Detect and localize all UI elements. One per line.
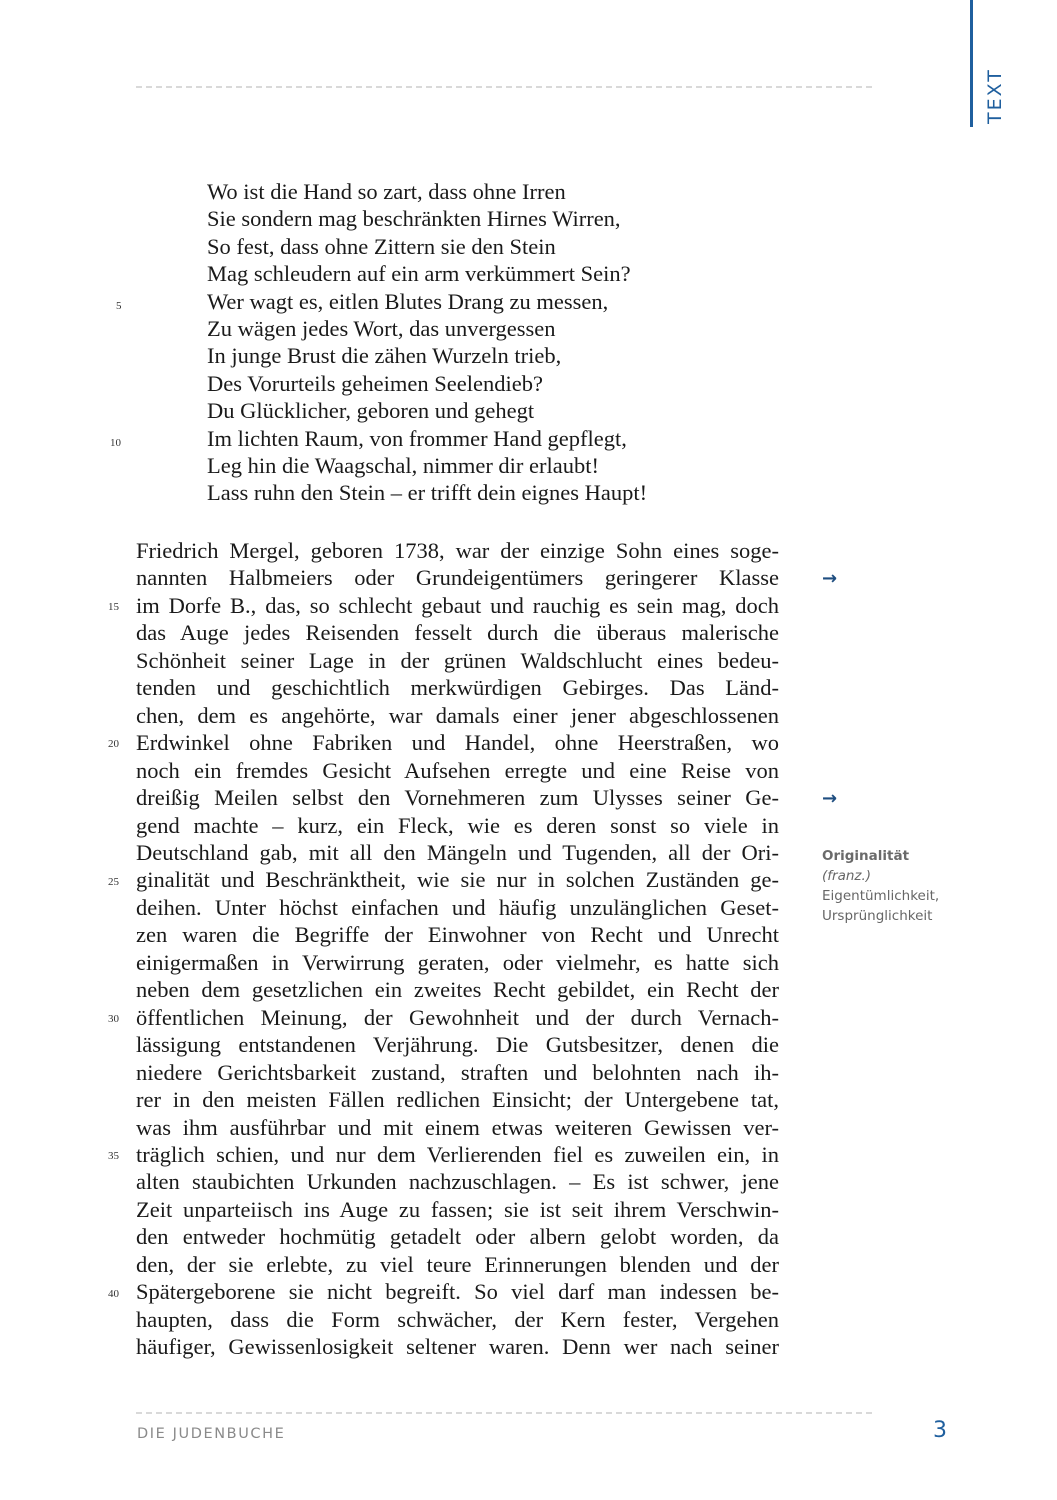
margin-gloss: Originalität (franz.) Eigentümlichkeit, … [822,846,939,926]
prose-line: tenden und geschichtlich merkwürdigen Ge… [136,674,779,701]
prose-line: ginalität und Beschränktheit, wie sie nu… [136,866,779,893]
line-number: 15 [108,601,128,613]
line-number: 30 [108,1013,128,1025]
gloss-language: (franz.) [822,866,939,886]
prose-line: häufiger, Gewissenlosigkeit seltener war… [136,1333,779,1360]
gloss-definition: Eigentümlichkeit, [822,886,939,906]
prose-line: den, der sie erlebte, zu viel teure Erin… [136,1251,779,1278]
prose-line: alten staubichten Urkunden nachzuschlage… [136,1168,779,1195]
prose-line: nannten Halbmeiers oder Grundeigentümers… [136,564,779,591]
prose-line: niedere Gerichtsbarkeit zustand, strafte… [136,1059,779,1086]
poem-line: Wo ist die Hand so zart, dass ohne Irren [207,178,647,205]
prose-line: deihen. Unter höchst einfachen und häufi… [136,894,779,921]
poem-line: So fest, dass ohne Zittern sie den Stein [207,233,647,260]
poem-line: Sie sondern mag beschränkten Hirnes Wirr… [207,205,647,232]
prose-line: noch ein fremdes Gesicht Aufsehen erregt… [136,757,779,784]
prose-block: Friedrich Mergel, geboren 1738, war der … [136,537,779,1361]
poem-line: Des Vorurteils geheimen Seelendieb? [207,370,647,397]
line-number: 35 [108,1150,128,1162]
prose-line: einigermaßen in Verwirrung geraten, oder… [136,949,779,976]
running-footer-title: DIE JUDENBUCHE [137,1426,285,1442]
prose-line: haupten, dass die Form schwächer, der Ke… [136,1306,779,1333]
prose-line: träglich schien, und nur dem Verlierende… [136,1141,779,1168]
prose-line: das Auge jedes Reisenden fesselt durch d… [136,619,779,646]
prose-line: öffentlichen Meinung, der Gewohnheit und… [136,1004,779,1031]
gloss-definition: Ursprünglichkeit [822,906,939,926]
page-number: 3 [933,1418,947,1443]
poem-line: Leg hin die Waagschal, nimmer dir erlaub… [207,452,647,479]
arrow-right-icon[interactable]: → [822,569,837,589]
line-number: 25 [108,876,128,888]
prose-line: den entweder hochmütig getadelt oder alb… [136,1223,779,1250]
poem-block: Wo ist die Hand so zart, dass ohne Irren… [207,178,647,507]
section-tab-bar [970,0,973,127]
section-tab-label: TEXT [983,66,1007,126]
prose-line: rer in den meisten Fällen redlichen Eins… [136,1086,779,1113]
prose-line: gend machte – kurz, ein Fleck, wie es de… [136,812,779,839]
top-dashed-rule [136,86,872,88]
prose-line: neben dem gesetzlichen ein zweites Recht… [136,976,779,1003]
prose-line: im Dorfe B., das, so schlecht gebaut und… [136,592,779,619]
prose-line: lässigung entstandenen Verjährung. Die G… [136,1031,779,1058]
poem-line: Mag schleudern auf ein arm verkümmert Se… [207,260,647,287]
poem-line: Wer wagt es, eitlen Blutes Drang zu mess… [207,288,647,315]
prose-line: Erdwinkel ohne Fabriken und Handel, ohne… [136,729,779,756]
line-number: 20 [108,738,128,750]
poem-line: Lass ruhn den Stein – er trifft dein eig… [207,479,647,506]
prose-line: Spätergeborene sie nicht begreift. So vi… [136,1278,779,1305]
bottom-dashed-rule [136,1412,872,1414]
prose-line: dreißig Meilen selbst den Vornehmeren zu… [136,784,779,811]
gloss-term: Originalität [822,846,939,866]
prose-line: Zeit unparteiisch ins Auge zu fassen; si… [136,1196,779,1223]
poem-line: In junge Brust die zähen Wurzeln trieb, [207,342,647,369]
line-number: 5 [116,300,136,312]
poem-line: Im lichten Raum, von frommer Hand gepfle… [207,425,647,452]
prose-line: Deutschland gab, mit all den Mängeln und… [136,839,779,866]
prose-line: Schönheit seiner Lage in der grünen Wald… [136,647,779,674]
prose-line: zen waren die Begriffe der Einwohner von… [136,921,779,948]
arrow-right-icon[interactable]: → [822,789,837,809]
poem-line: Du Glücklicher, geboren und gehegt [207,397,647,424]
line-number: 10 [110,437,130,449]
poem-line: Zu wägen jedes Wort, das unvergessen [207,315,647,342]
line-number: 40 [108,1288,128,1300]
prose-line: Friedrich Mergel, geboren 1738, war der … [136,537,779,564]
prose-line: chen, dem es angehörte, war damals einer… [136,702,779,729]
prose-line: was ihm ausführbar und mit einem etwas w… [136,1114,779,1141]
